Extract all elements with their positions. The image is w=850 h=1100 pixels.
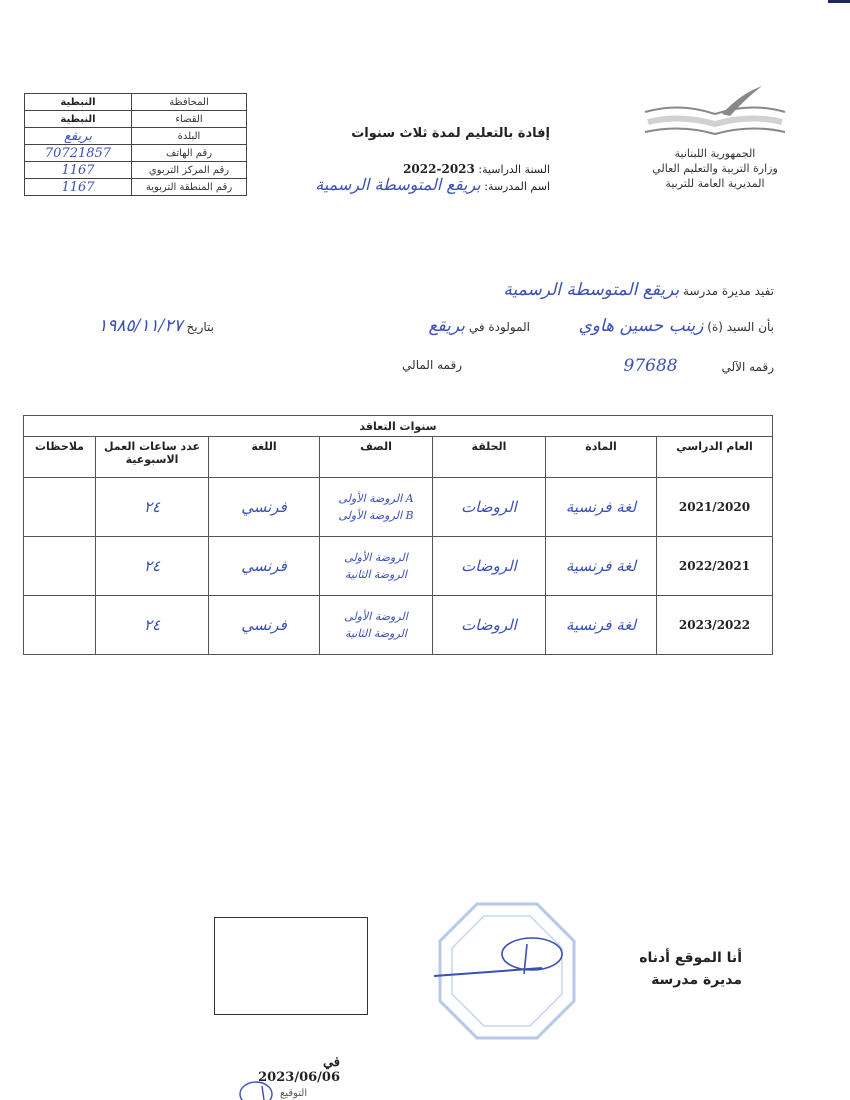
scan-edge-mark <box>828 0 850 3</box>
teacher-name-line: بأن السيد (ة) زينب حسين هاوي <box>578 316 774 336</box>
table-row: 2023/2022 لغة فرنسية الروضات الروضة الأو… <box>24 596 773 655</box>
col-header-cycle: الحلقة <box>433 437 546 478</box>
birth-date-line: بتاريخ ١٩٨٥/١١/٢٧ <box>98 316 214 336</box>
cell-notes <box>24 537 96 596</box>
birth-place-line: المولودة في بريقع <box>429 316 531 336</box>
birth-date-value: ١٩٨٥/١١/٢٧ <box>98 316 183 336</box>
col-header-hours: عدد ساعات العمل الاسبوعية <box>96 437 209 478</box>
info-label: رقم الهاتف <box>132 145 247 162</box>
signature-mark-icon <box>238 1078 274 1100</box>
info-value: 1167 <box>25 162 132 179</box>
teacher-label: بأن السيد (ة) <box>707 320 774 334</box>
info-label: رقم المنطقة التربوية <box>132 179 247 196</box>
cell-class-2: الروضة الثانية <box>321 625 431 642</box>
cell-subject: لغة فرنسية <box>566 498 636 516</box>
academic-year-value: 2023-2022 <box>403 162 475 176</box>
cell-class-1: الروضة الأولى <box>321 549 431 566</box>
info-label: رقم المركز التربوي <box>132 162 247 179</box>
table-header-row: العام الدراسي المادة الحلقة الصف اللغة ع… <box>24 437 773 478</box>
info-row-phone: رقم الهاتف 70721857 <box>25 145 247 162</box>
info-label: المحافظة <box>132 94 247 111</box>
cell-cycle: الروضات <box>461 616 517 634</box>
col-header-language: اللغة <box>209 437 320 478</box>
info-value: النبطية <box>25 111 132 128</box>
academic-year-line: السنة الدراسية: 2023-2022 <box>380 162 550 176</box>
info-row-governorate: المحافظة النبطية <box>25 94 247 111</box>
cell-subject: لغة فرنسية <box>566 557 636 575</box>
signature-label: التوقيع <box>280 1088 307 1099</box>
cell-subject: لغة فرنسية <box>566 616 636 634</box>
contract-years-table: سنوات التعاقد العام الدراسي المادة الحلق… <box>23 415 773 655</box>
cell-cycle: الروضات <box>461 498 517 516</box>
birth-place-value: بريقع <box>429 316 466 336</box>
info-row-town: البلدة بريقع <box>25 128 247 145</box>
school-name-line: اسم المدرسة: بريقع المتوسطة الرسمية <box>250 175 550 194</box>
info-label: القضاء <box>132 111 247 128</box>
info-row-region-number: رقم المنطقة التربوية 1167 <box>25 179 247 196</box>
cell-year: 2021/2020 <box>657 478 773 537</box>
document-title: إفادة بالتعليم لمدة ثلاث سنوات <box>330 126 550 141</box>
cell-class-2: B الروضة الأولى <box>321 507 431 524</box>
cell-year: 2023/2022 <box>657 596 773 655</box>
school-info-table: المحافظة النبطية القضاء النبطية البلدة ب… <box>24 93 247 196</box>
info-row-district: القضاء النبطية <box>25 111 247 128</box>
teacher-name: زينب حسين هاوي <box>578 316 703 336</box>
cell-class-2: الروضة الثانية <box>321 566 431 583</box>
info-label: البلدة <box>132 128 247 145</box>
cell-cycle: الروضات <box>461 557 517 575</box>
cell-class-1: A الروضة الأولى <box>321 490 431 507</box>
info-value: النبطية <box>25 94 132 111</box>
directorate-text: المديرية العامة للتربية <box>640 176 790 191</box>
cell-notes <box>24 478 96 537</box>
col-header-subject: المادة <box>546 437 657 478</box>
table-caption: سنوات التعاقد <box>24 416 773 437</box>
signer-line-1: أنا الموقع أدناه <box>600 947 742 969</box>
school-name-label: اسم المدرسة: <box>484 180 550 193</box>
ministry-header: الجمهورية اللبنانية وزارة التربية والتعل… <box>640 146 790 191</box>
financial-number-label: رقمه المالي <box>402 358 462 372</box>
birth-date-label: بتاريخ <box>187 320 215 334</box>
signer-line-2: مديرة مدرسة <box>600 969 742 991</box>
cell-language: فرنسي <box>241 498 287 516</box>
cell-language: فرنسي <box>241 557 287 575</box>
ministry-logo-icon <box>640 84 790 144</box>
certify-label: تفيد مديرة مدرسة <box>683 284 774 298</box>
cell-language: فرنسي <box>241 616 287 634</box>
auto-number-line: رقمه الآلي 97688 <box>624 356 774 376</box>
cell-hours: ٢٤ <box>144 557 160 575</box>
ministry-text: وزارة التربية والتعليم العالي <box>640 161 790 176</box>
table-row: 2022/2021 لغة فرنسية الروضات الروضة الأو… <box>24 537 773 596</box>
republic-text: الجمهورية اللبنانية <box>640 146 790 161</box>
info-value: 1167 <box>25 179 132 196</box>
info-row-center-number: رقم المركز التربوي 1167 <box>25 162 247 179</box>
cell-hours: ٢٤ <box>144 498 160 516</box>
signer-block: أنا الموقع أدناه مديرة مدرسة <box>600 947 742 991</box>
cell-hours: ٢٤ <box>144 616 160 634</box>
certify-school: بريقع المتوسطة الرسمية <box>503 280 679 300</box>
empty-stamp-box <box>214 917 368 1015</box>
cell-class-1: الروضة الأولى <box>321 608 431 625</box>
cell-year: 2022/2021 <box>657 537 773 596</box>
col-header-notes: ملاحظات <box>24 437 96 478</box>
info-value: بريقع <box>25 128 132 145</box>
auto-number-label: رقمه الآلي <box>721 360 774 374</box>
birth-place-label: المولودة في <box>469 320 530 334</box>
auto-number-value: 97688 <box>624 356 678 376</box>
info-value: 70721857 <box>25 145 132 162</box>
col-header-year: العام الدراسي <box>657 437 773 478</box>
certify-line: تفيد مديرة مدرسة بريقع المتوسطة الرسمية <box>503 280 774 300</box>
financial-number-line: رقمه المالي <box>402 358 462 372</box>
school-name-value: بريقع المتوسطة الرسمية <box>315 175 481 194</box>
cell-notes <box>24 596 96 655</box>
official-stamp-icon <box>432 896 582 1046</box>
col-header-class: الصف <box>320 437 433 478</box>
table-row: 2021/2020 لغة فرنسية الروضات A الروضة ال… <box>24 478 773 537</box>
